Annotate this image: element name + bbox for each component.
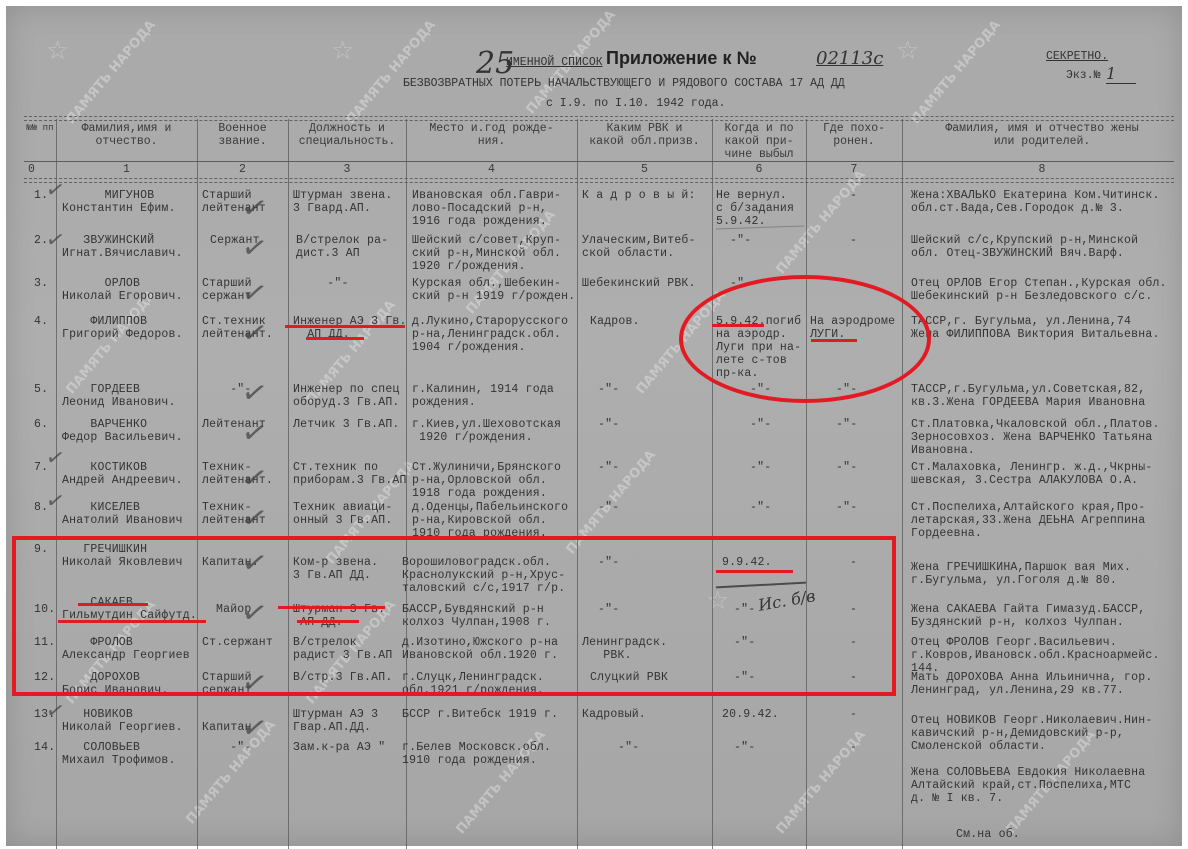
position: Штурман АЭ 3 Гвар.АП.ДД. [293, 708, 378, 734]
secrecy-label: СЕКРЕТНО. [1046, 50, 1108, 63]
position: Зам.к-ра АЭ " [293, 741, 385, 754]
conscription-office: Кадров. [590, 315, 640, 328]
burial-place: -"- [836, 461, 857, 474]
birth-place-year: г.Белев Московск.обл. 1910 года рождения… [402, 741, 551, 767]
full-name: МИГУНОВ Константин Ефим. [62, 189, 176, 215]
next-of-kin: Жена ГРЕЧИШКИНА,Паршок вая Мих. г.Бугуль… [911, 561, 1131, 587]
birth-place-year: д.Лукино,Старорусского р-на,Ленинградск.… [412, 315, 568, 354]
position: В/стрелок ра- дист.3 АП [296, 234, 388, 260]
next-of-kin: Жена САКАЕВА Гайта Гимазуд.БАССР, Буздян… [911, 603, 1145, 629]
next-of-kin: Шейский с/с,Крупский р-н,Минской обл. От… [911, 234, 1138, 260]
loss-date-reason: -"- [734, 741, 755, 754]
highlight-oval [679, 275, 931, 403]
burial-place: - [850, 234, 857, 247]
loss-date-reason: -"- [750, 418, 771, 431]
burial-place: - [850, 189, 857, 202]
full-name: ЗВУЖИНСКИЙ Игнат.Вячиславич. [62, 234, 183, 260]
copy-number: 1 [1106, 64, 1136, 84]
birth-place-year: Ивановская обл.Гаври- лово-Посадский р-н… [412, 189, 561, 228]
loss-date-reason: -"- [750, 461, 771, 474]
next-of-kin: Жена:ХВАЛЬКО Екатерина Ком.Читинск. обл.… [911, 189, 1160, 215]
header-num: 2 [197, 163, 288, 176]
burial-place: -"- [836, 501, 857, 514]
document-page: ☆ ПАМЯТЬ НАРОДА ☆ ПАМЯТЬ НАРОДА ☆ ПАМЯТЬ… [6, 6, 1182, 846]
header-num: 6 [712, 163, 806, 176]
header-col-3: Должность и специальность. [288, 122, 406, 148]
conscription-office: Улаческим,Витеб- ской области. [582, 234, 696, 260]
birth-place-year: г.Киев,ул.Шеховотская 1920 г/рождения. [412, 418, 561, 444]
full-name: КОСТИКОВ Андрей Андреевич. [62, 461, 183, 487]
highlight-underline [297, 620, 359, 623]
burial-place: - [850, 708, 857, 721]
footer-note: См.на об. [956, 828, 1020, 841]
birth-place-year: г.Калинин, 1914 года рождения. [412, 383, 554, 409]
highlight-underline [58, 620, 206, 623]
position: Штурман звена. 3 Гвард.АП. [293, 189, 392, 215]
loss-date-reason: 20.9.42. [722, 708, 779, 721]
highlight-underline [811, 339, 857, 342]
position: Ст.техник по приборам.3 Гв.АП [293, 461, 407, 487]
loss-date-reason: -"- [730, 234, 751, 247]
next-of-kin: Отец ОРЛОВ Егор Степан.,Курская обл. Шеб… [911, 277, 1167, 303]
next-of-kin: Отец НОВИКОВ Георг.Николаевич.Нин- кавич… [911, 714, 1152, 753]
conscription-office: -"- [598, 501, 619, 514]
header-col-5: Каким РВК и какой обл.призв. [577, 122, 712, 148]
full-name: НОВИКОВ Николай Георгиев. [62, 708, 183, 734]
highlight-underline [278, 606, 385, 609]
document-title: БЕЗВОЗВРАТНЫХ ПОТЕРЬ НАЧАЛЬСТВУЮЩЕГО И Р… [403, 77, 845, 90]
conscription-office: Шебекинский РВК. [582, 277, 696, 290]
conscription-office: -"- [618, 741, 639, 754]
header-col-6: Когда и по какой при- чине выбыл [712, 122, 806, 161]
next-of-kin: ТАССР,г.Бугульма,ул.Советская,82, кв.3.Ж… [911, 383, 1145, 409]
position: Летчик 3 Гв.АП. [293, 418, 400, 431]
conscription-office: -"- [598, 461, 619, 474]
header-col-4: Место и.год рожде- ния. [406, 122, 577, 148]
row-number: 5. [34, 383, 48, 396]
highlight-underline [716, 570, 793, 573]
position: Инженер по спец оборуд.3 Гв.АП. [293, 383, 400, 409]
next-of-kin: Мать ДОРОХОВА Анна Ильинична, гор. Ленин… [911, 671, 1152, 697]
row-number: 3. [34, 277, 48, 290]
watermark: ПАМЯТЬ НАРОДА [909, 18, 1003, 126]
position: -"- [306, 277, 349, 290]
copy-label: Экз.№ [1066, 69, 1101, 82]
full-name: ГОРДЕЕВ Леонид Иванович. [62, 383, 176, 409]
full-name: СОЛОВЬЕВ Михаил Трофимов. [62, 741, 176, 767]
check-mark-icon: ✓ [239, 374, 271, 413]
header-col-8: Фамилия, имя и отчество жены или родител… [902, 122, 1182, 148]
document-period: с I.9. по I.10. 1942 года. [546, 97, 725, 110]
next-of-kin: Отец ФРОЛОВ Георг.Васильевич. г.Ковров,И… [911, 636, 1160, 675]
highlight-underline [712, 324, 764, 327]
list-type: ИМЕННОЙ СПИСОК [506, 56, 603, 69]
full-name: КИСЕЛЕВ Анатолий Иванович [62, 501, 183, 527]
birth-place-year: Шейский с/совет,Круп- ский р-н,Минской о… [412, 234, 561, 273]
appendix-label: Приложение к № [606, 48, 757, 69]
loss-date-reason: -"- [750, 501, 771, 514]
header-num: 7 [806, 163, 902, 176]
header-col-7: Где похо- ронен. [806, 122, 902, 148]
header-col-1: Фамилия,имя и отчество. [56, 122, 197, 148]
watermark-star-icon: ☆ [896, 36, 919, 66]
watermark: ПАМЯТЬ НАРОДА [64, 288, 158, 396]
row-number: 4. [34, 315, 48, 328]
birth-place-year: Курская обл.,Шебекин- ский р-н 1919 г/ро… [412, 277, 575, 303]
loss-date-reason: Не вернул. с б/задания 5.9.42. [716, 189, 794, 228]
birth-place-year: д.Оденцы,Пабельинского р-на,Кировской об… [412, 501, 568, 540]
header-num: 5 [577, 163, 712, 176]
watermark-star-icon: ☆ [331, 36, 354, 66]
row-number: 14. [34, 741, 55, 754]
conscription-office: -"- [598, 418, 619, 431]
next-of-kin: ТАССР,г. Бугульма, ул.Ленина,74 Жена ФИЛ… [911, 315, 1160, 341]
birth-place-year: БССР г.Витебск 1919 г. [402, 708, 558, 721]
header-num: 4 [406, 163, 577, 176]
header-num: 0 [28, 163, 48, 176]
highlight-underline [285, 325, 405, 328]
birth-place-year: Ст.Жулиничи,Брянского р-на,Орловской обл… [412, 461, 561, 500]
burial-place: - [850, 741, 857, 754]
highlight-underline [306, 337, 364, 340]
header-col-2: Военное звание. [197, 122, 288, 148]
watermark: ПАМЯТЬ НАРОДА [64, 18, 158, 126]
watermark-star-icon: ☆ [46, 36, 69, 66]
row-number: 6. [34, 418, 48, 431]
highlight-box [12, 536, 896, 696]
conscription-office: Кадровый. [582, 708, 646, 721]
conscription-office: -"- [598, 383, 619, 396]
next-of-kin: Жена СОЛОВЬЕВА Евдокия Николаевна Алтайс… [911, 766, 1145, 805]
header-col-0: №№ пп [24, 122, 56, 135]
next-of-kin: Ст.Малаховка, Ленингр. ж.д.,Чкрны- шевск… [911, 461, 1152, 487]
full-name: ФИЛИППОВ Григорий Федоров. [62, 315, 183, 341]
header-num: 3 [288, 163, 406, 176]
highlight-underline [78, 603, 148, 606]
header-num: 1 [56, 163, 197, 176]
full-name: ВАРЧЕНКО Федор Васильевич. [62, 418, 183, 444]
next-of-kin: Ст.Поспелиха,Алтайского края,Про- летарс… [911, 501, 1145, 540]
burial-place: -"- [836, 418, 857, 431]
watermark: ПАМЯТЬ НАРОДА [344, 18, 438, 126]
header-num: 8 [902, 163, 1182, 176]
full-name: ОРЛОВ Николай Егорович. [62, 277, 183, 303]
next-of-kin: Ст.Платовка,Чкаловской обл.,Платов. Зерн… [911, 418, 1160, 457]
position: Техник авиаци- онный 3 Гв.АП. [293, 501, 392, 527]
conscription-office: К а д р о в ы й: [582, 189, 696, 202]
appendix-number: 02113с [816, 48, 883, 69]
